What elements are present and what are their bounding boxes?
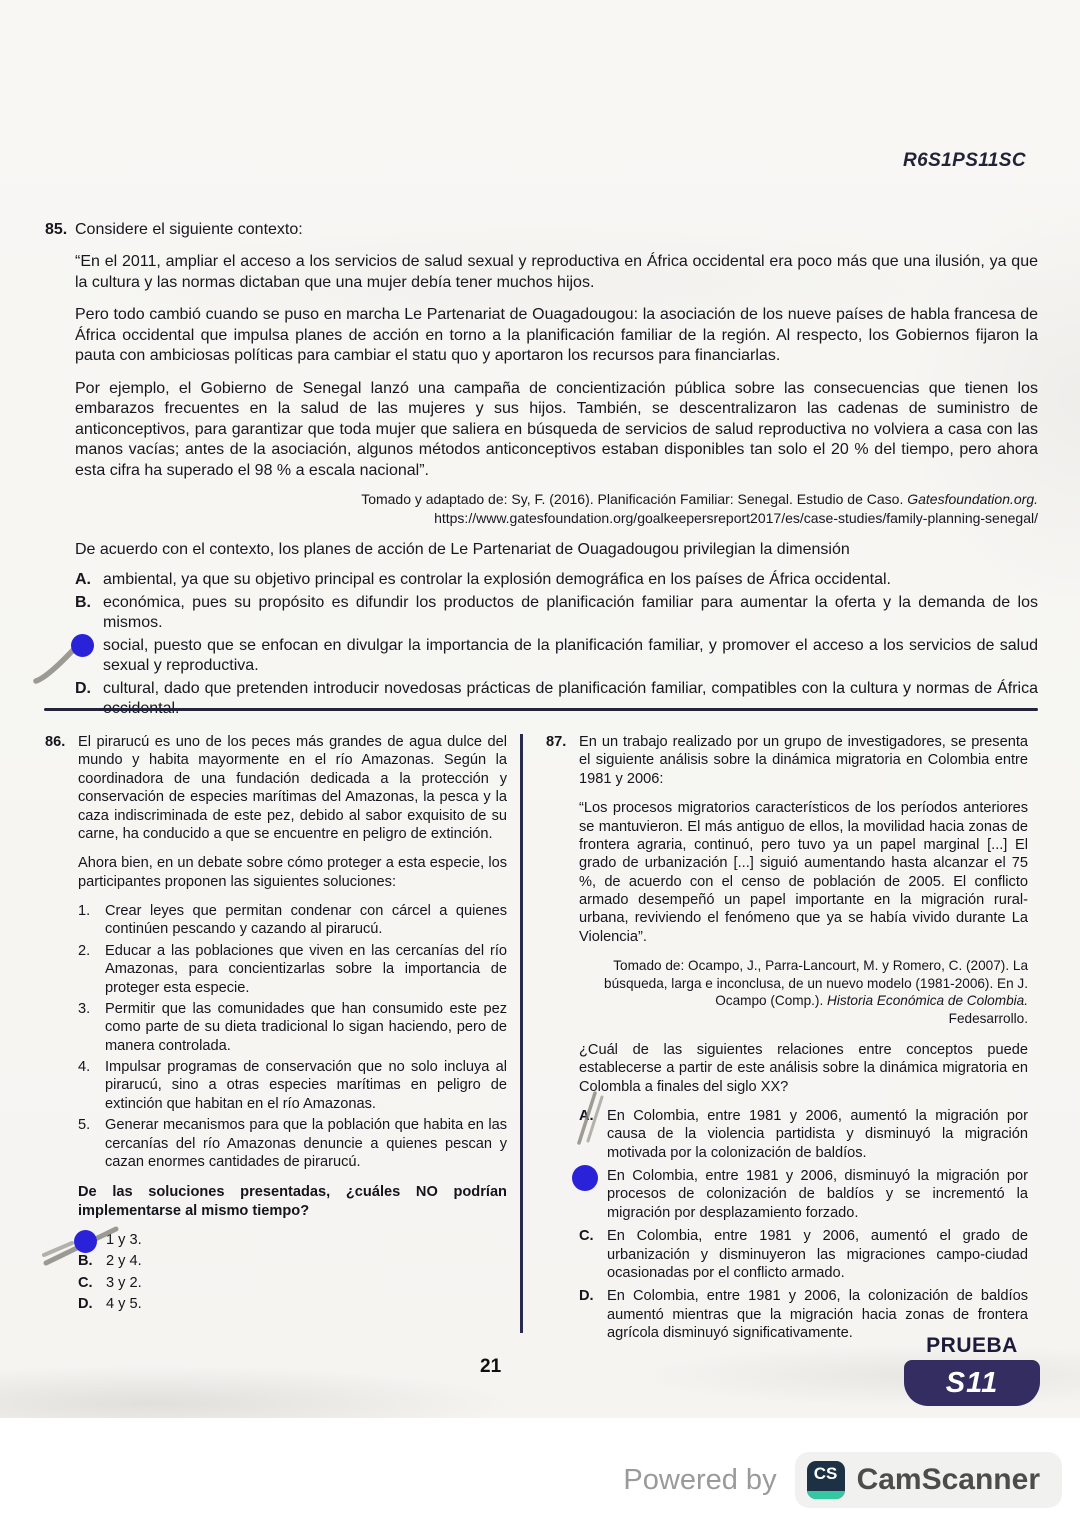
question-86-options: A. 1 y 3. B. 2 y 4. C. 3 y 2. D. <box>78 1231 507 1314</box>
question-85: 85. Considere el siguiente contexto: “En… <box>45 220 1038 720</box>
test-badge-pill: S11 <box>904 1360 1040 1406</box>
source-citation-85-line: Tomado y adaptado de: Sy, F. (2016). Pla… <box>75 490 1038 509</box>
option-text: En Colombia, entre 1981 y 2006, aumentó … <box>607 1227 1028 1282</box>
question-86-body: El pirarucú es uno de los peces más gran… <box>78 733 507 1314</box>
option-letter: D. <box>75 679 103 720</box>
option-text: ambiental, ya que su objetivo principal … <box>103 570 1038 590</box>
item-text: Permitir que las comunidades que han con… <box>105 1000 507 1055</box>
option-letter: A. <box>75 570 103 590</box>
option-text: 4 y 5. <box>106 1295 142 1313</box>
test-badge-label: PRUEBA <box>904 1334 1040 1358</box>
source-italic: Gatesfoundation.org. <box>907 491 1038 507</box>
question-85-options: A. ambiental, ya que su objetivo princip… <box>75 570 1038 719</box>
option-letter: B. <box>75 593 103 634</box>
answer-mark-dot <box>71 634 94 657</box>
list-item-4: 4. Impulsar programas de conservación qu… <box>78 1058 507 1113</box>
question-87-number: 87. <box>546 733 579 1342</box>
list-item-2: 2. Educar a las poblaciones que viven en… <box>78 942 507 997</box>
question-85-stem: De acuerdo con el contexto, los planes d… <box>75 540 1038 560</box>
option-85-c: C. social, puesto que se enfocan en divu… <box>75 636 1038 677</box>
source-text: Tomado y adaptado de: Sy, F. (2016). Pla… <box>361 491 907 507</box>
option-87-b: B. En Colombia, entre 1981 y 2006, dismi… <box>579 1167 1028 1222</box>
option-85-b: B. económica, pues su propósito es difun… <box>75 593 1038 634</box>
question-87-intro: En un trabajo realizado por un grupo de … <box>579 733 1028 788</box>
item-number: 1. <box>78 902 105 939</box>
item-number: 5. <box>78 1116 105 1171</box>
option-letter: C. <box>579 1227 607 1282</box>
list-item-3: 3. Permitir que las comunidades que han … <box>78 1000 507 1055</box>
option-text: En Colombia, entre 1981 y 2006, aumentó … <box>607 1107 1028 1162</box>
scanned-exam-page: R6S1PS11SC 85. Considere el siguiente co… <box>0 0 1080 1528</box>
question-85-intro: Considere el siguiente contexto: <box>75 220 303 240</box>
option-letter: C. <box>78 1274 106 1292</box>
camscanner-monogram: CS <box>807 1464 845 1484</box>
powered-by-label: Powered by <box>623 1464 776 1497</box>
question-87-quote: “Los procesos migratorios característico… <box>579 799 1028 946</box>
question-85-header: 85. Considere el siguiente contexto: <box>45 220 1038 240</box>
answer-mark-dot <box>572 1165 598 1191</box>
option-letter: D. <box>579 1287 607 1342</box>
answer-mark-dot <box>74 1230 97 1253</box>
camscanner-app-name: CamScanner <box>857 1463 1040 1497</box>
column-divider <box>520 734 523 1333</box>
stem-text: De las soluciones presentadas, ¿cuáles <box>78 1184 416 1200</box>
item-text: Educar a las poblaciones que viven en la… <box>105 942 507 997</box>
option-text: económica, pues su propósito es difundir… <box>103 593 1038 634</box>
context-paragraph-3: Por ejemplo, el Gobierno de Senegal lanz… <box>75 379 1038 481</box>
option-text: social, puesto que se enfocan en divulga… <box>103 636 1038 677</box>
question-86-paragraph-2: Ahora bien, en un debate sobre cómo prot… <box>78 854 507 891</box>
test-badge-code: S11 <box>946 1367 998 1400</box>
camscanner-watermark: Powered by CS CamScanner <box>623 1452 1062 1508</box>
item-text: Impulsar programas de conservación que n… <box>105 1058 507 1113</box>
list-item-1: 1. Crear leyes que permitan condenar con… <box>78 902 507 939</box>
question-86-paragraph-1: El pirarucú es uno de los peces más gran… <box>78 733 507 843</box>
source-publisher: Fedesarrollo. <box>579 1010 1028 1028</box>
item-number: 3. <box>78 1000 105 1055</box>
stem-emphasis: NO <box>416 1184 438 1200</box>
question-87-options: A. En Colombia, entre 1981 y 2006, aumen… <box>579 1107 1028 1343</box>
item-text: Crear leyes que permitan condenar con cá… <box>105 902 507 939</box>
source-citation-85: Tomado y adaptado de: Sy, F. (2016). Pla… <box>75 490 1038 528</box>
option-letter: D. <box>78 1295 106 1313</box>
test-badge: PRUEBA S11 <box>904 1334 1040 1406</box>
page-number: 21 <box>480 1356 501 1378</box>
context-paragraph-2: Pero todo cambió cuando se puso en march… <box>75 305 1038 366</box>
question-85-body: “En el 2011, ampliar el acceso a los ser… <box>45 252 1038 719</box>
option-86-a: A. 1 y 3. <box>78 1231 507 1249</box>
option-87-c: C. En Colombia, entre 1981 y 2006, aumen… <box>579 1227 1028 1282</box>
item-number: 4. <box>78 1058 105 1113</box>
context-paragraph-1: “En el 2011, ampliar el acceso a los ser… <box>75 252 1038 293</box>
option-87-a: A. En Colombia, entre 1981 y 2006, aumen… <box>579 1107 1028 1162</box>
paper-background: R6S1PS11SC 85. Considere el siguiente co… <box>0 0 1080 1418</box>
option-text: cultural, dado que pretenden introducir … <box>103 679 1038 720</box>
question-87: 87. En un trabajo realizado por un grupo… <box>546 733 1028 1342</box>
option-text: 3 y 2. <box>106 1274 142 1292</box>
option-85-a: A. ambiental, ya que su objetivo princip… <box>75 570 1038 590</box>
item-text: Generar mecanismos para que la población… <box>105 1116 507 1171</box>
question-87-body: En un trabajo realizado por un grupo de … <box>579 733 1028 1342</box>
source-citation-87: Tomado de: Ocampo, J., Parra-Lancourt, M… <box>579 957 1028 1028</box>
question-85-number: 85. <box>45 220 75 240</box>
question-86: 86. El pirarucú es uno de los peces más … <box>45 733 507 1314</box>
form-code: R6S1PS11SC <box>903 150 1026 172</box>
option-text: En Colombia, entre 1981 y 2006, disminuy… <box>607 1167 1028 1222</box>
list-item-5: 5. Generar mecanismos para que la poblac… <box>78 1116 507 1171</box>
solution-list: 1. Crear leyes que permitan condenar con… <box>78 902 507 1171</box>
source-italic: Historia Económica de Colombia. <box>827 993 1028 1008</box>
item-number: 2. <box>78 942 105 997</box>
horizontal-divider <box>44 708 1038 711</box>
camscanner-logo-stripe <box>807 1491 845 1499</box>
question-86-stem: De las soluciones presentadas, ¿cuáles N… <box>78 1183 507 1220</box>
option-85-d: D. cultural, dado que pretenden introduc… <box>75 679 1038 720</box>
camscanner-logo-icon: CS <box>807 1461 845 1499</box>
source-url: https://www.gatesfoundation.org/goalkeep… <box>75 509 1038 528</box>
pencil-slash-mark <box>571 1091 607 1149</box>
question-87-stem: ¿Cuál de las siguientes relaciones entre… <box>579 1041 1028 1096</box>
option-86-c: C. 3 y 2. <box>78 1274 507 1292</box>
option-86-b: B. 2 y 4. <box>78 1252 507 1270</box>
option-86-d: D. 4 y 5. <box>78 1295 507 1313</box>
camscanner-pill: CS CamScanner <box>795 1452 1062 1508</box>
